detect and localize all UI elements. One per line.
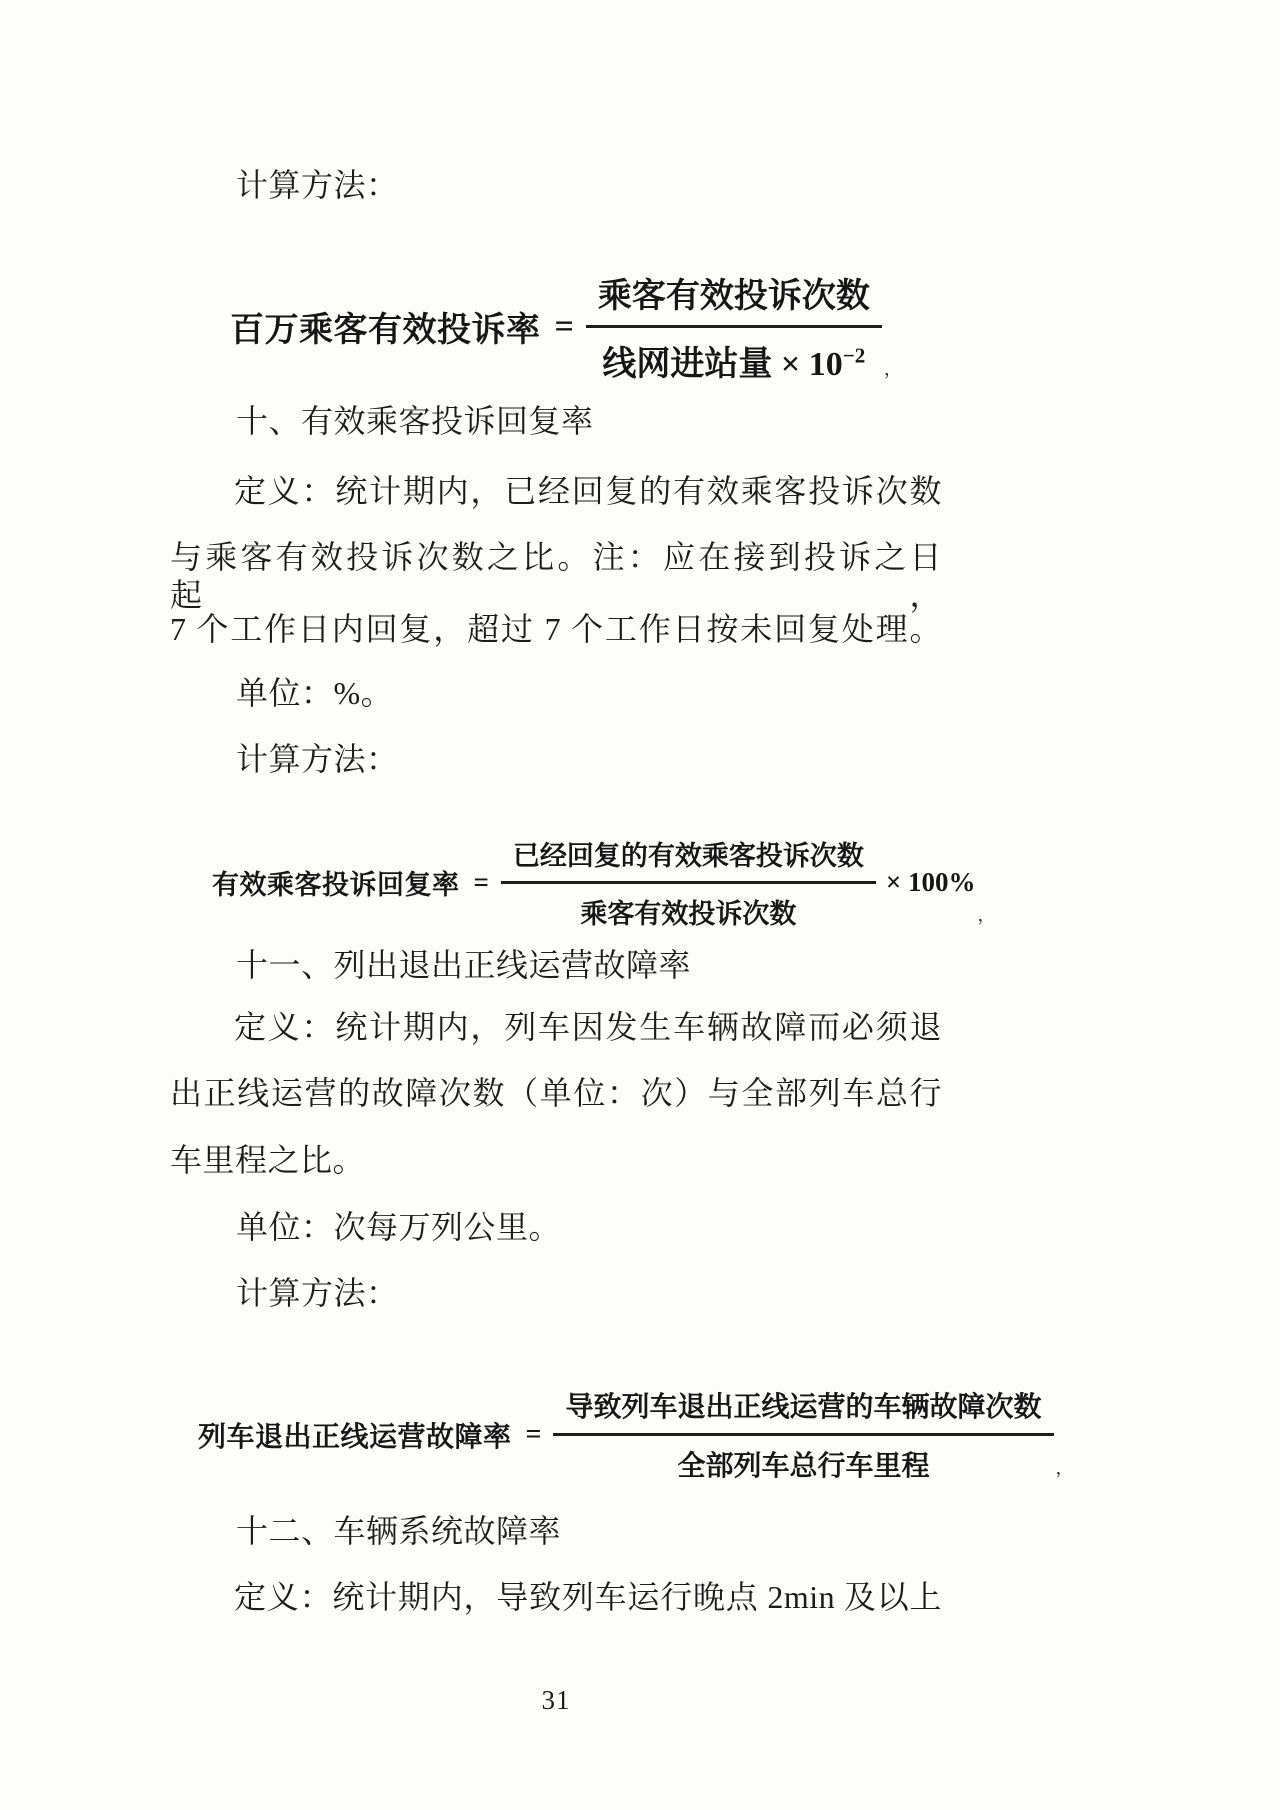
formula1-lhs: 百万乘客有效投诉率	[230, 302, 541, 351]
formula3-lhs: 列车退出正线运营故障率	[198, 1415, 512, 1455]
formula3-fraction: 导致列车退出正线运营的车辆故障次数 全部列车总行车里程	[553, 1385, 1053, 1484]
document-page: 计算方法： 百万乘客有效投诉率 = 乘客有效投诉次数 线网进站量 × 10−2 …	[0, 0, 1280, 1810]
formula1-exponent: −2	[843, 344, 866, 368]
page-number: 31	[170, 1684, 942, 1716]
section-10-definition-line-2: 与乘客有效投诉次数之比。注：应在接到投诉之日起，	[170, 538, 942, 615]
section-11-definition-line-3: 车里程之比。	[170, 1141, 942, 1179]
section-10-unit-line: 单位：%。	[236, 674, 1008, 712]
formula2-equals-sign: =	[474, 867, 489, 898]
formula1-numerator: 乘客有效投诉次数	[586, 268, 882, 328]
formula2-numerator: 已经回复的有效乘客投诉次数	[501, 834, 876, 884]
formula3-numerator: 导致列车退出正线运营的车辆故障次数	[553, 1385, 1053, 1436]
formula1-denominator: 线网进站量 × 10−2	[590, 328, 877, 385]
formula1-fraction: 乘客有效投诉次数 线网进站量 × 10−2	[586, 268, 882, 385]
formula3-trailing-mark: ，	[1056, 1454, 1074, 1480]
formula2-fraction: 已经回复的有效乘客投诉次数 乘客有效投诉次数	[501, 834, 876, 931]
formula3-equals-sign: =	[526, 1419, 542, 1451]
formula1-equals-sign: =	[555, 308, 574, 346]
section-12-heading: 十二、车辆系统故障率	[236, 1512, 1008, 1550]
section-11-heading: 十一、列出退出正线运营故障率	[236, 946, 1008, 984]
section-10-definition-line-3: 7 个工作日内回复，超过 7 个工作日按未回复处理。	[170, 610, 942, 648]
formula2-multiplier: × 100%	[886, 867, 976, 898]
formula2-trailing-mark: ，	[978, 901, 996, 927]
section-12-definition-line-1: 定义：统计期内，导致列车运行晚点 2min 及以上	[170, 1578, 942, 1616]
calc-method-label-2: 计算方法：	[236, 740, 1008, 778]
formula-million-passenger-complaint-rate: 百万乘客有效投诉率 = 乘客有效投诉次数 线网进站量 × 10−2 ，	[230, 268, 902, 385]
formula2-denominator: 乘客有效投诉次数	[568, 884, 808, 931]
section-10-heading: 十、有效乘客投诉回复率	[236, 402, 1008, 440]
formula-complaint-reply-rate: 有效乘客投诉回复率 = 已经回复的有效乘客投诉次数 乘客有效投诉次数 × 100…	[212, 834, 996, 931]
formula1-trailing-mark: ，	[884, 355, 902, 381]
section-11-definition-line-2: 出正线运营的故障次数（单位：次）与全部列车总行	[170, 1074, 942, 1112]
formula1-denominator-base: 线网进站量 × 10	[602, 346, 842, 383]
calc-method-label-3: 计算方法：	[236, 1274, 1008, 1312]
section-10-definition-line-1: 定义：统计期内，已经回复的有效乘客投诉次数	[170, 472, 942, 510]
formula3-denominator: 全部列车总行车里程	[665, 1436, 941, 1484]
section-11-unit-line: 单位：次每万列公里。	[236, 1208, 1008, 1246]
formula-train-withdrawal-failure-rate: 列车退出正线运营故障率 = 导致列车退出正线运营的车辆故障次数 全部列车总行车里…	[198, 1385, 1074, 1484]
calc-method-label-1: 计算方法：	[236, 166, 1008, 204]
section-11-definition-line-1: 定义：统计期内，列车因发生车辆故障而必须退	[170, 1008, 942, 1046]
formula2-lhs: 有效乘客投诉回复率	[212, 863, 460, 902]
